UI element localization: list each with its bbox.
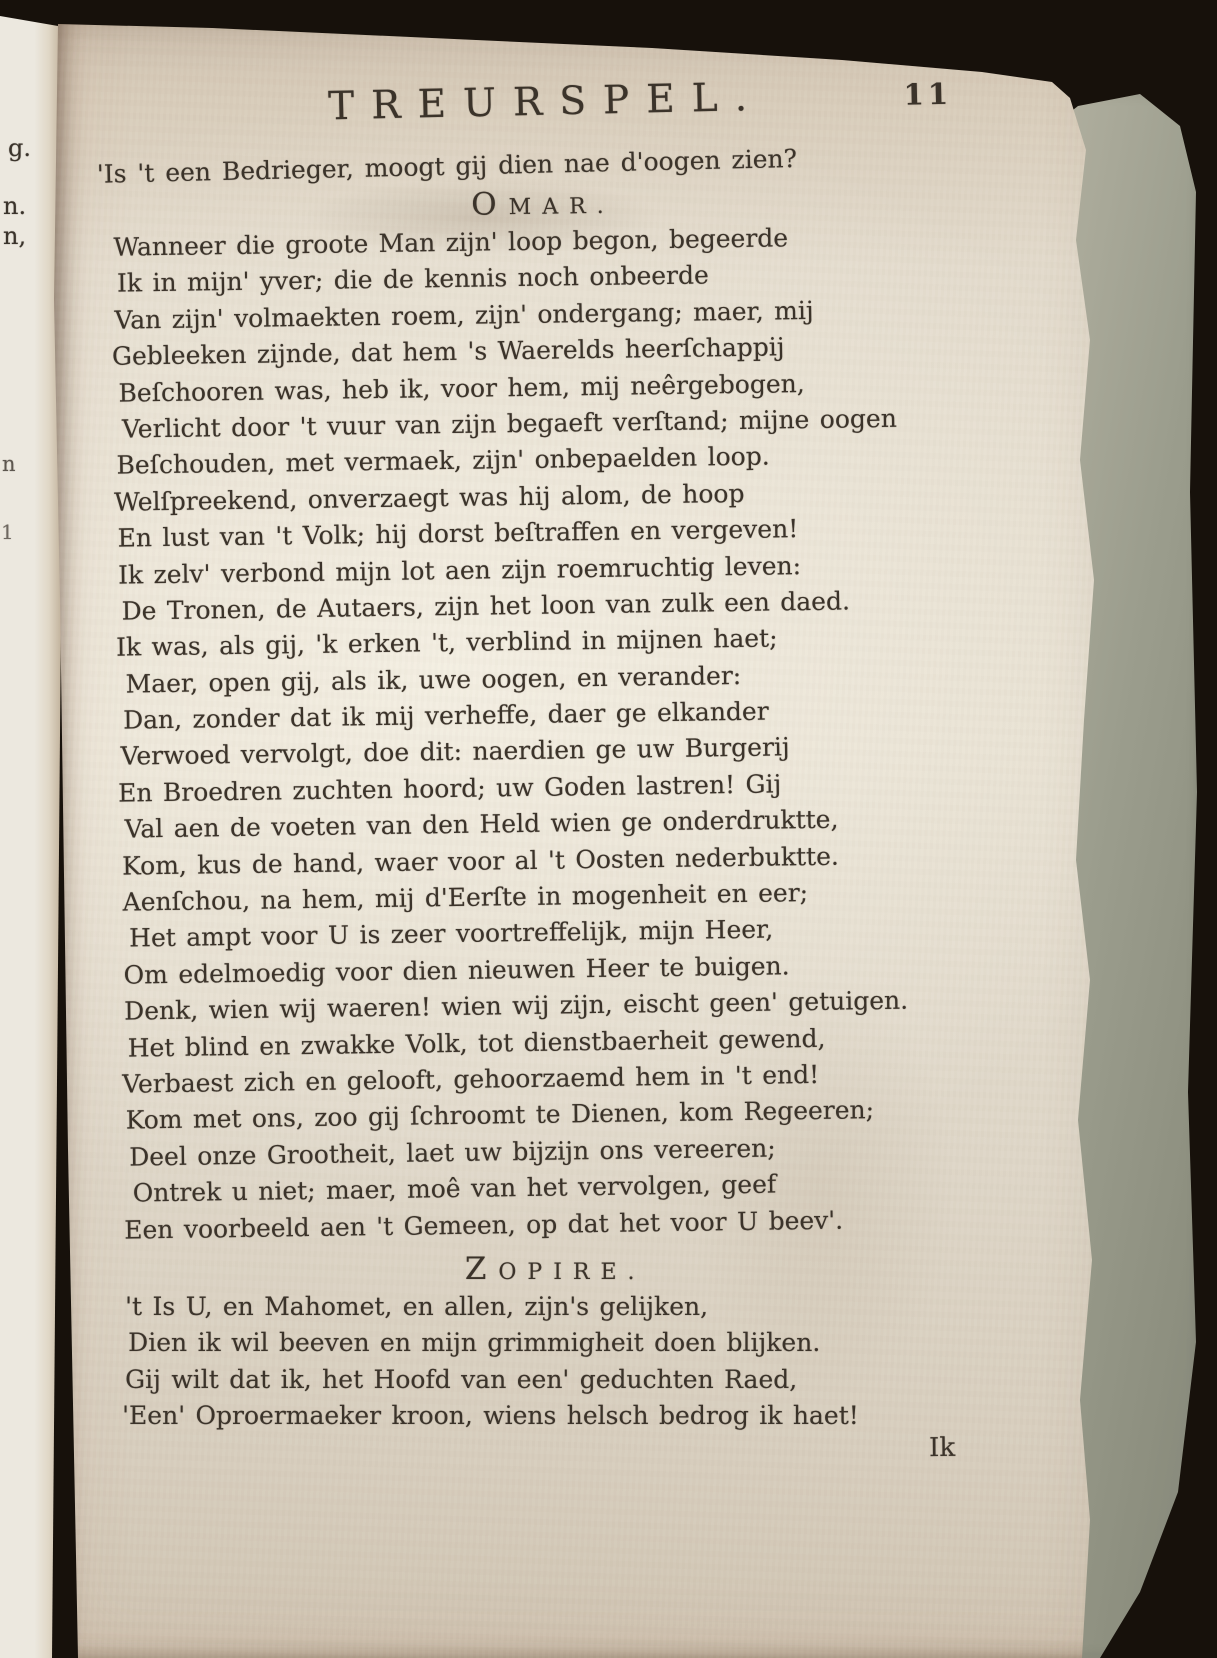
book-page: TREURSPEL. 11 'Is 't een Bedrieger, moog… — [52, 0, 1152, 1658]
page-content: TREURSPEL. 11 'Is 't een Bedrieger, moog… — [96, 75, 995, 1470]
verse-line: 'Een' Oproermaeker kroon, wiens helsch b… — [104, 1398, 990, 1434]
page-number: 11 — [903, 77, 952, 112]
catchword: Ik — [109, 1432, 995, 1471]
letter-fragment: n. — [3, 192, 26, 220]
running-header: TREURSPEL. 11 — [96, 70, 983, 143]
letter-fragment: n — [2, 452, 16, 476]
page-title: TREURSPEL. — [96, 70, 983, 134]
speeches: OMAR.Wanneer die groote Man zijn' loop b… — [97, 179, 995, 1434]
letter-fragment: 1 — [1, 520, 14, 544]
speech-block: OMAR.Wanneer die groote Man zijn' loop b… — [95, 178, 996, 1249]
letter-fragment: g. — [8, 134, 31, 162]
speaker-name: ZOPIRE. — [107, 1249, 993, 1289]
speech-block: ZOPIRE.'t Is U, en Mahomet, en allen, zi… — [107, 1249, 993, 1435]
verse-line: Gij wilt dat ik, het Hoofd van een' gedu… — [107, 1362, 993, 1398]
book-photograph: g.n.n,n1 TREURSPEL. 11 'Is 't een Bedrie… — [0, 0, 1217, 1658]
verse-line: Dien ik wil beeven en mijn grimmigheit d… — [110, 1325, 996, 1361]
letter-fragment: n, — [3, 222, 26, 250]
verse-line: 't Is U, en Mahomet, en allen, zijn's ge… — [107, 1289, 993, 1325]
